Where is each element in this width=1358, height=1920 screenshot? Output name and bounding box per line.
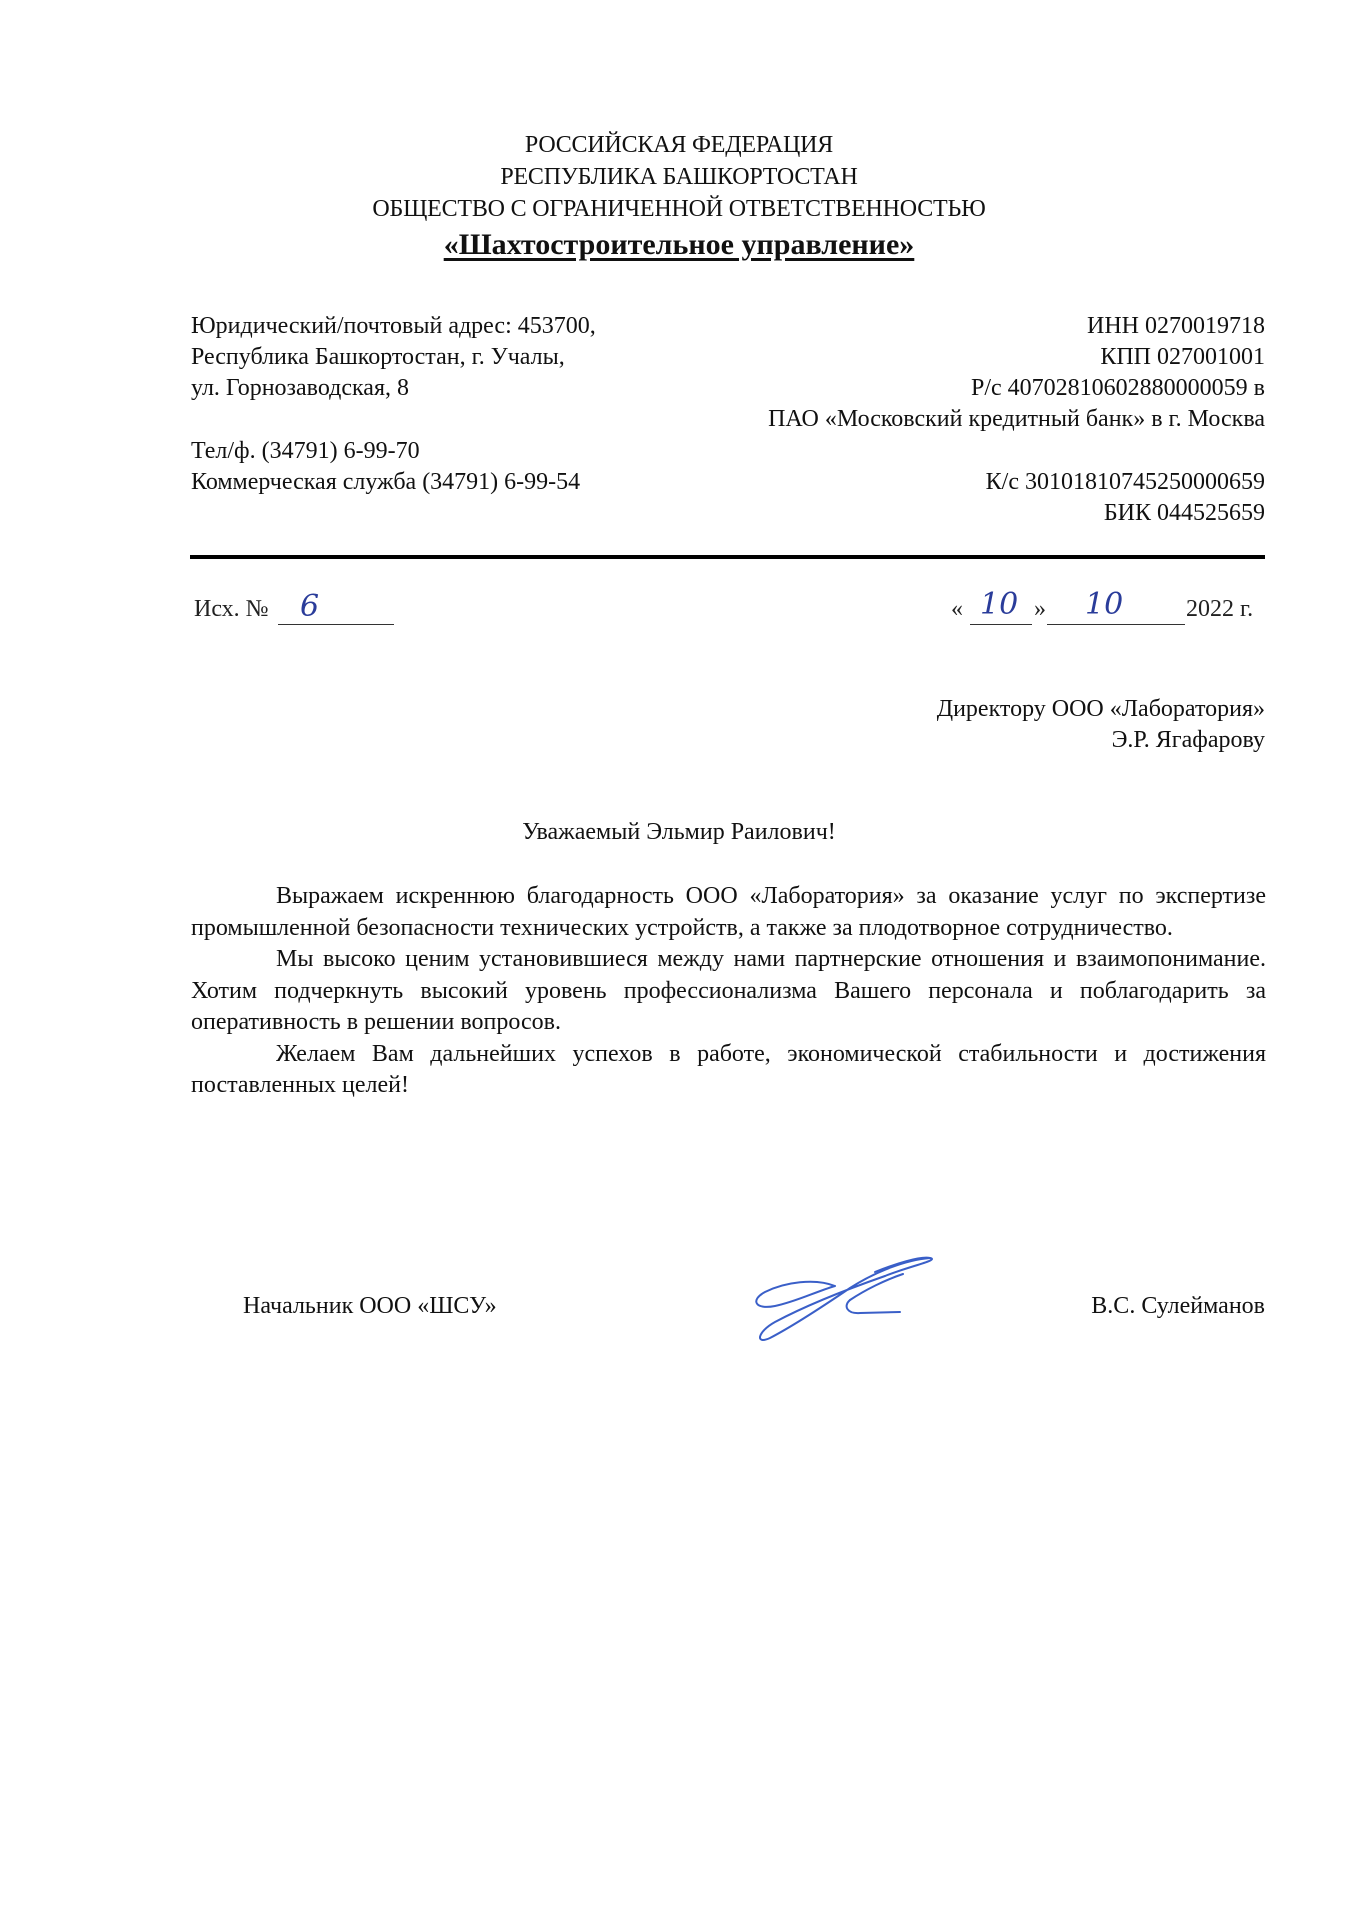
bik: БИК 044525659 [1104, 498, 1265, 529]
address-line-2: Республика Башкортостан, г. Учалы, [191, 342, 565, 373]
bank-name: ПАО «Московский кредитный банк» в г. Мос… [768, 404, 1265, 435]
outgoing-number-value: 6 [300, 592, 319, 622]
date-close-quote: » [1034, 595, 1046, 623]
date-year: 2022 г. [1186, 595, 1253, 623]
date-month-value: 10 [1085, 590, 1123, 620]
inn: ИНН 0270019718 [1087, 311, 1265, 342]
signatory-name: В.С. Сулейманов [1091, 1292, 1265, 1320]
company-name: «Шахтостроительное управление» [0, 228, 1358, 262]
letterhead-divider [190, 555, 1265, 559]
addressee-name: Э.Р. Ягафарову [1112, 725, 1265, 756]
outgoing-number-label: Исх. № [194, 595, 269, 623]
salutation: Уважаемый Эльмир Раилович! [0, 818, 1358, 846]
outgoing-number-blank [278, 596, 394, 625]
letter-body: Выражаем искреннюю благодарность ООО «Ла… [191, 881, 1266, 1102]
settlement-account: Р/с 40702810602880000059 в [971, 373, 1265, 404]
date-open-quote: « [951, 595, 963, 623]
body-paragraph-2: Мы высоко ценим установившиеся между нам… [191, 944, 1266, 1039]
phone-fax: Тел/ф. (34791) 6-99-70 [191, 436, 420, 467]
body-paragraph-1: Выражаем искреннюю благодарность ООО «Ла… [191, 881, 1266, 944]
correspondent-account: К/с 30101810745250000659 [986, 467, 1265, 498]
letterhead-region: РЕСПУБЛИКА БАШКОРТОСТАН [0, 163, 1358, 191]
letterhead-company-type: ОБЩЕСТВО С ОГРАНИЧЕННОЙ ОТВЕТСТВЕННОСТЬЮ [0, 195, 1358, 223]
letterhead-country: РОССИЙСКАЯ ФЕДЕРАЦИЯ [0, 131, 1358, 159]
handwritten-signature [735, 1250, 945, 1350]
body-paragraph-3: Желаем Вам дальнейших успехов в работе, … [191, 1039, 1266, 1102]
kpp: КПП 027001001 [1100, 342, 1265, 373]
addressee-position: Директору ООО «Лаборатория» [937, 694, 1265, 725]
commercial-phone: Коммерческая служба (34791) 6-99-54 [191, 467, 580, 498]
address-line-3: ул. Горнозаводская, 8 [191, 373, 409, 404]
signatory-position: Начальник ООО «ШСУ» [243, 1292, 497, 1320]
date-day-value: 10 [980, 590, 1018, 620]
address-line-1: Юридический/почтовый адрес: 453700, [191, 311, 596, 342]
